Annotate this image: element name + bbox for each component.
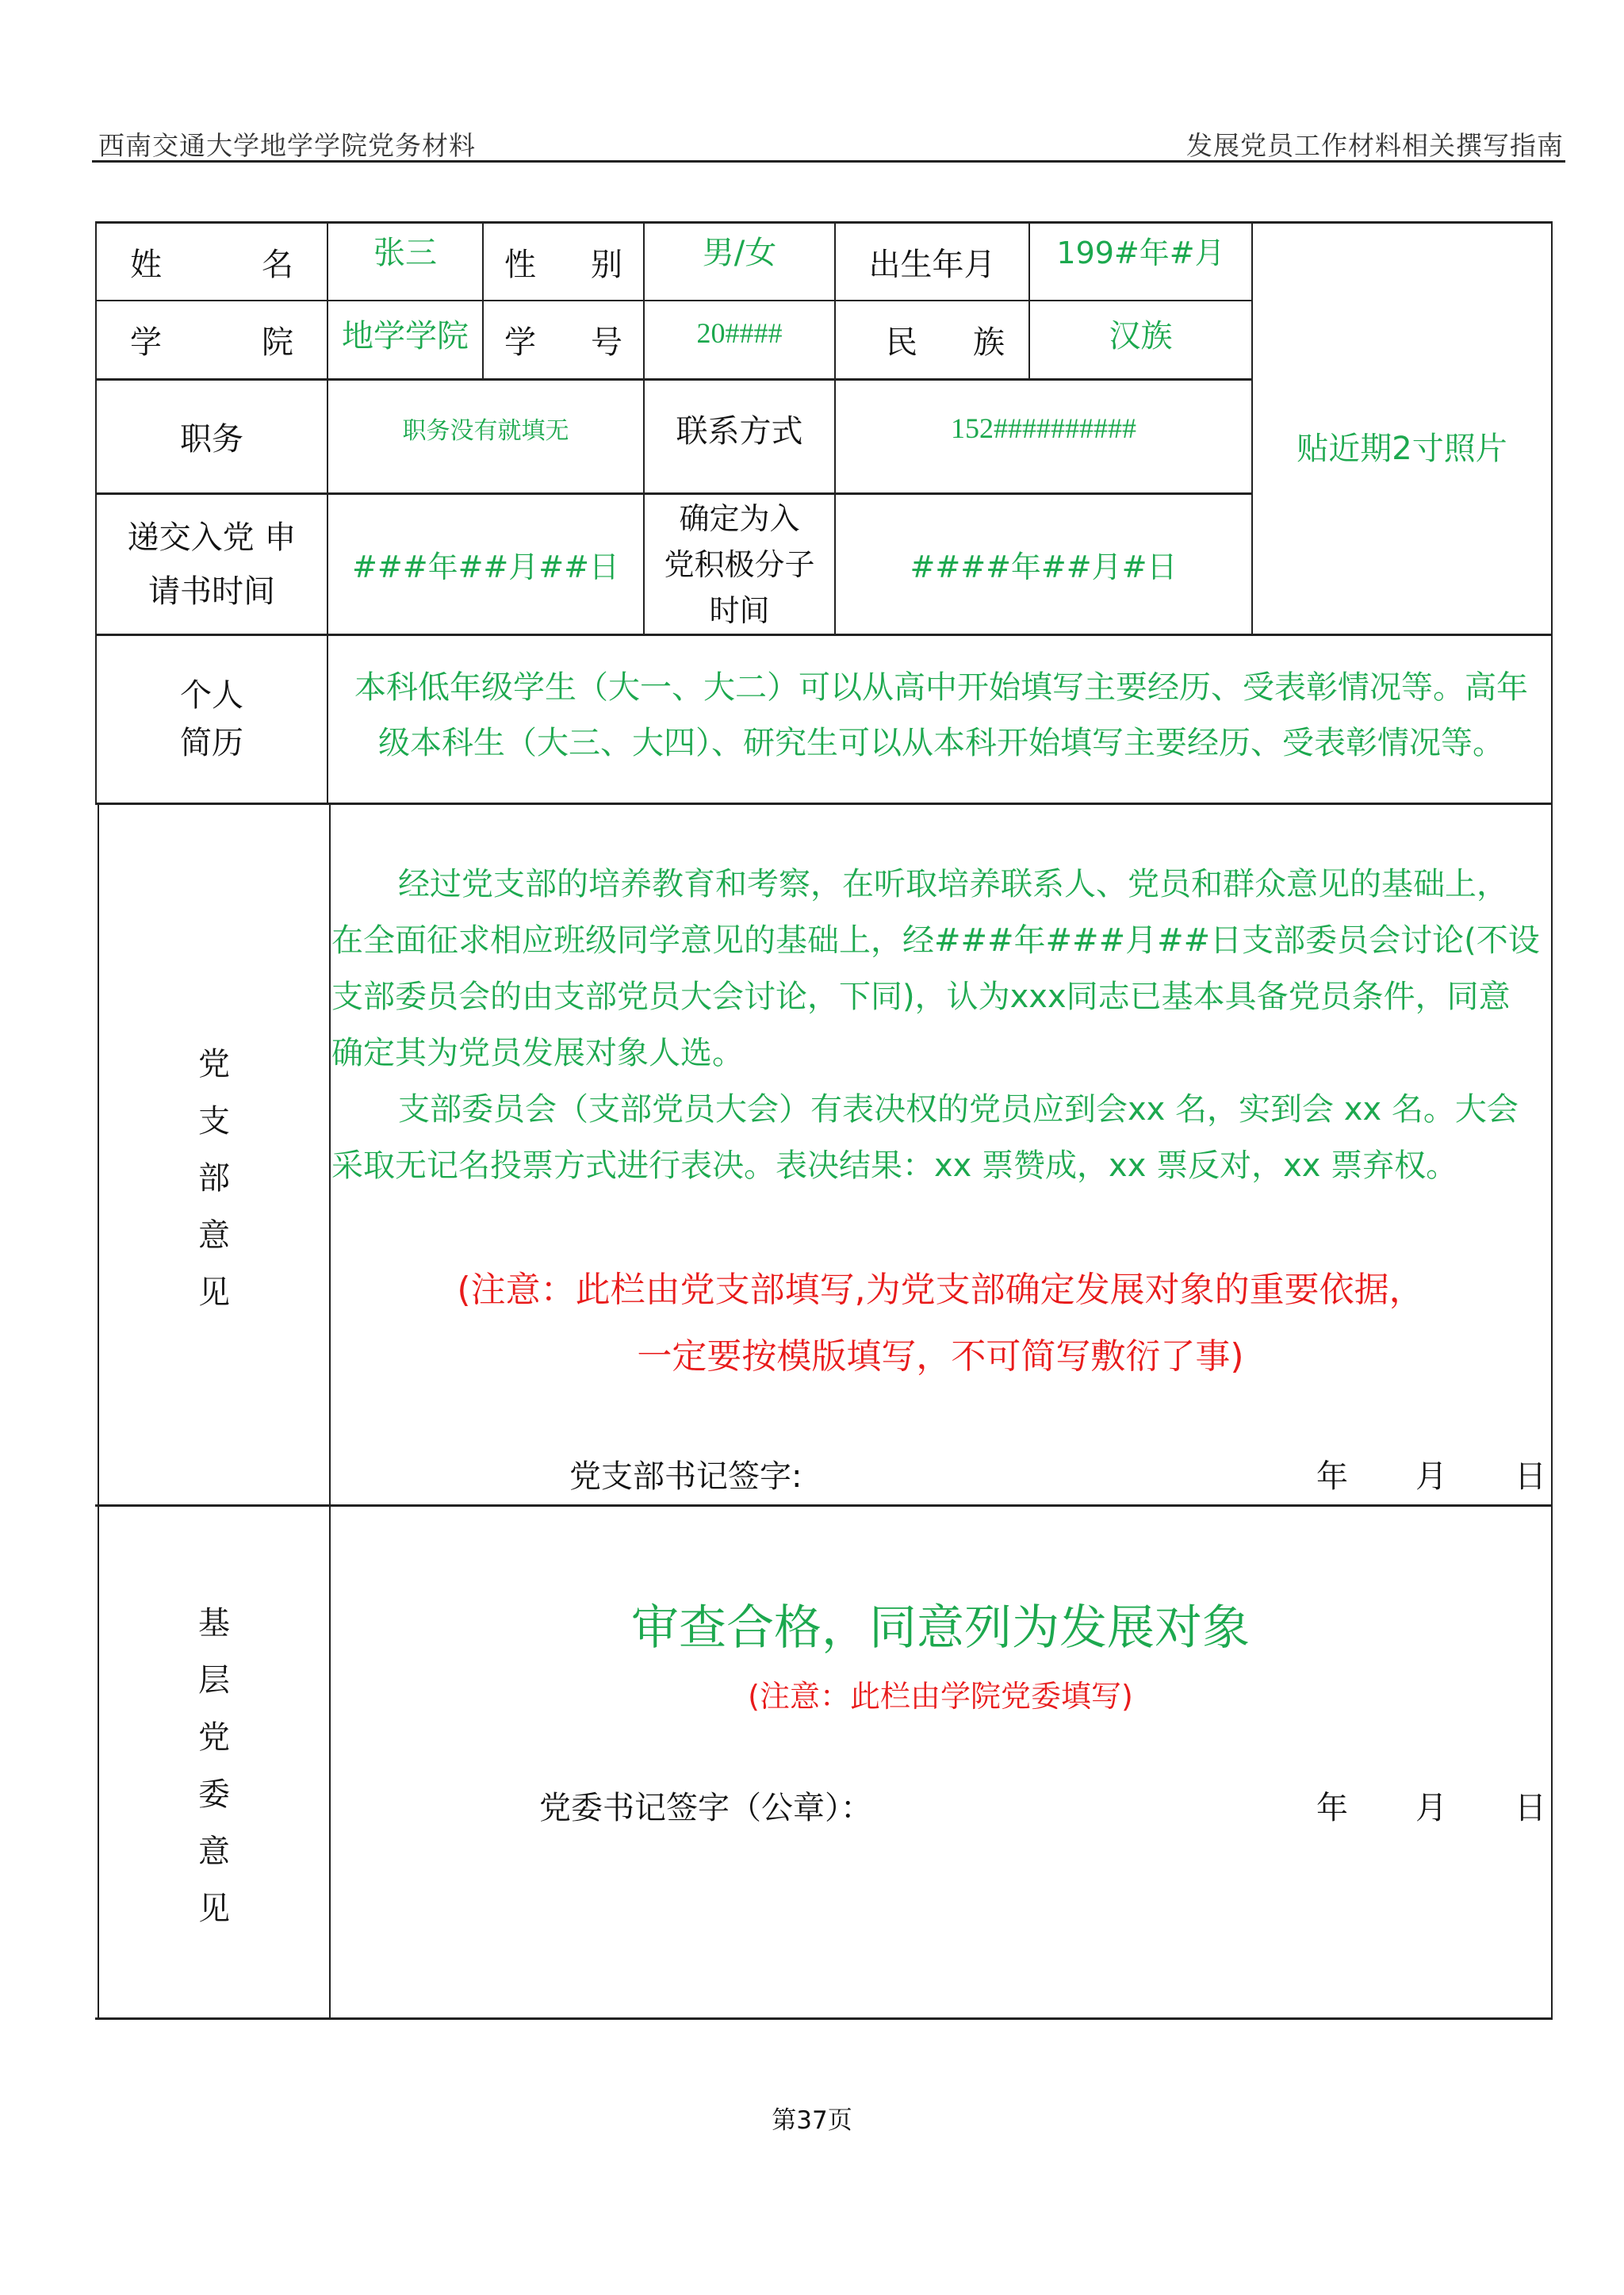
application-date-field[interactable]: ###年##月##日	[328, 495, 643, 634]
resume-label: 个人 简历	[97, 636, 327, 803]
birth-date-label: 出生年月	[836, 224, 1028, 300]
name-field[interactable]: 张三	[328, 222, 482, 278]
branch-signature-date: 年 月 日	[1316, 1451, 1546, 1496]
position-field[interactable]: 职务没有就填无	[328, 381, 643, 476]
student-id-field[interactable]: 20####	[645, 301, 834, 365]
committee-note: (注意：此栏由学院党委填写)	[331, 1672, 1549, 1715]
committee-opinion-label: 基 层 党 委 意 见	[99, 1507, 329, 2017]
position-label: 职务	[97, 381, 327, 492]
committee-signature-date: 年 月 日	[1316, 1783, 1546, 1828]
birth-date-field[interactable]: 199#年#月	[1030, 222, 1251, 278]
gender-label: 性别	[484, 224, 643, 300]
photo-placeholder[interactable]: 贴近期2寸照片	[1253, 224, 1551, 636]
branch-opinion-text[interactable]: 经过党支部的培养教育和考察，在听取培养联系人、党员和群众意见的基础上， 在全面征…	[331, 856, 1549, 1194]
contact-label: 联系方式	[645, 381, 834, 476]
ethnicity-field[interactable]: 汉族	[1030, 301, 1251, 365]
application-form-table: 姓名 张三 性别 男/女 出生年月 199#年#月 学院 地学学院 学号 20#…	[0, 0, 1624, 2062]
committee-decision[interactable]: 审查合格，同意列为发展对象	[331, 1590, 1549, 1658]
college-field[interactable]: 地学学院	[328, 301, 482, 365]
committee-secretary-signature-label: 党委书记签字（公章）：	[539, 1783, 872, 1828]
student-id-label: 学号	[484, 301, 643, 378]
application-date-label: 递交入党 申 请书时间	[97, 495, 327, 634]
resume-field[interactable]: 本科低年级学生（大一、大二）可以从高中开始填写主要经历、受表彰情况等。高年 级本…	[331, 660, 1551, 771]
branch-secretary-signature-label: 党支部书记签字:	[569, 1451, 802, 1496]
ethnicity-label: 民族	[836, 301, 1028, 378]
name-label: 姓名	[97, 224, 327, 300]
contact-field[interactable]: 152##########	[836, 381, 1251, 476]
college-label: 学院	[97, 301, 327, 378]
activist-date-label: 确定为入 党积极分子 时间	[645, 495, 834, 634]
branch-opinion-label: 党 支 部 意 见	[99, 805, 329, 1504]
activist-date-field[interactable]: ####年##月#日	[836, 495, 1251, 634]
gender-field[interactable]: 男/女	[645, 222, 834, 278]
page-number: 第37页	[0, 2100, 1624, 2136]
branch-opinion-note: (注意：此栏由党支部填写,为党支部确定发展对象的重要依据， 一定要按模版填写，不…	[331, 1257, 1549, 1390]
